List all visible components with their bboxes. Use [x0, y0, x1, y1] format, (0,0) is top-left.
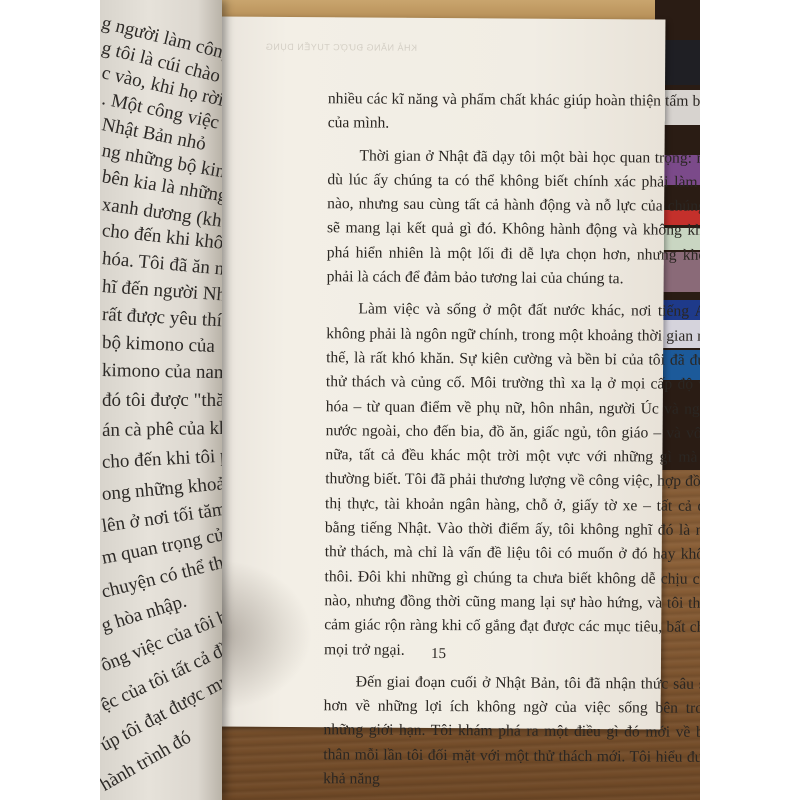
left-curled-page: g người làm công g tôi là cúi chào c vào… — [100, 0, 222, 800]
left-page-line: hĩ đến người Nhậ — [101, 276, 222, 307]
left-page-line: án cà phê của khá — [102, 418, 222, 442]
paragraph: Đến giai đoạn cuối ở Nhật Bản, tôi đã nh… — [323, 670, 700, 794]
left-page-line: kimono của nam — [102, 360, 222, 384]
left-page-line: bộ kimono của — [102, 332, 216, 358]
page-body-text: nhiều các kĩ năng và phẩm chất khác giúp… — [323, 87, 700, 800]
book-photo: KHẢ NĂNG ĐƯỢC TUYỂN DỤNG nhiều các kĩ nă… — [100, 0, 700, 800]
left-page-line: cho đến khi tôi phả — [101, 444, 222, 474]
paragraph: Thời gian ở Nhật đã dạy tôi một bài học … — [327, 144, 700, 293]
page-curl-shadow — [222, 560, 312, 710]
left-page-line: rất được yêu thích — [101, 304, 222, 333]
paragraph: Làm việc và sống ở một đất nước khác, nơ… — [324, 298, 700, 665]
running-header-bleedthrough: KHẢ NĂNG ĐƯỢC TUYỂN DỤNG — [220, 41, 665, 54]
paragraph: nhiều các kĩ năng và phẩm chất khác giúp… — [328, 87, 700, 138]
left-page-line: đó tôi được "thăng — [102, 390, 222, 412]
